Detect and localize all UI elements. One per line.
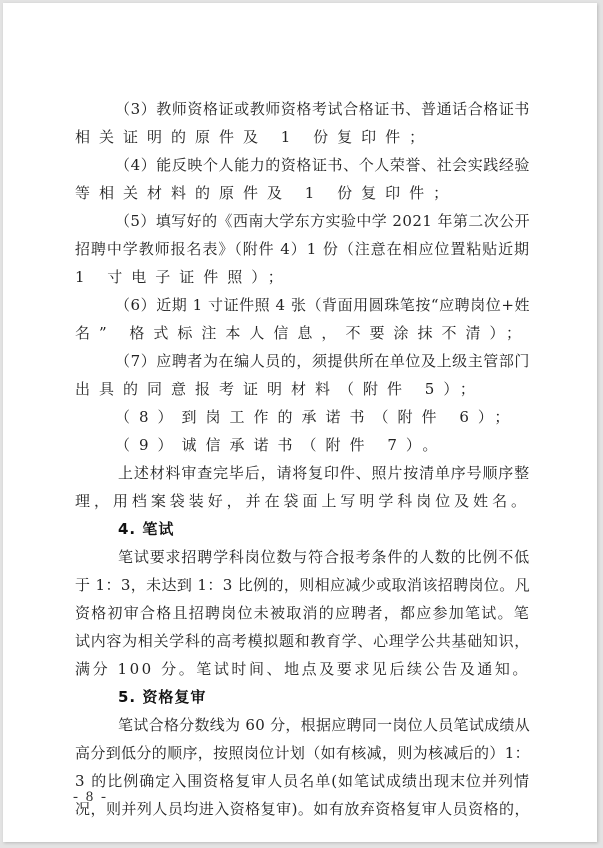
section-heading: 4. 笔试 <box>75 515 533 543</box>
list-item-line: （4）能反映个人能力的资格证书、个人荣誉、社会实践经验 <box>75 151 533 179</box>
document-page: （3）教师资格证或教师资格考试合格证书、普通话合格证书相关证明的原件及 1 份复… <box>3 3 597 842</box>
text-line: 上述材料审查完毕后，请将复印件、照片按清单序号顺序整 <box>75 459 533 487</box>
text-line: 资格初审合格且招聘岗位未被取消的应聘者，都应参加笔试。笔 <box>75 599 533 627</box>
text-line: 满分 100 分。笔试时间、地点及要求见后续公告及通知。 <box>75 655 533 683</box>
list-item-line: （5）填写好的《西南大学东方实验中学 2021 年第二次公开 <box>75 207 533 235</box>
text-line: 笔试合格分数线为 60 分，根据应聘同一岗位人员笔试成绩从 <box>75 711 533 739</box>
text-line: 招聘中学教师报名表》（附件 4）1 份（注意在相应位置粘贴近期 <box>75 235 533 263</box>
text-line: 于 1：3，未达到 1：3 比例的，则相应减少或取消该招聘岗位。凡 <box>75 571 533 599</box>
text-line: 3 的比例确定入围资格复审人员名单(如笔试成绩出现末位并列情 <box>75 767 533 795</box>
list-item-line: （6）近期 1 寸证件照 4 张（背面用圆珠笔按“应聘岗位+姓 <box>75 291 533 319</box>
list-item-line: （7）应聘者为在编人员的，须提供所在单位及上级主管部门 <box>75 347 533 375</box>
text-line: 笔试要求招聘学科岗位数与符合报考条件的人数的比例不低 <box>75 543 533 571</box>
list-item-line: （8）到岗工作的承诺书（附件 6）； <box>75 403 533 431</box>
text-line: 名” 格式标注本人信息，不要涂抹不清）； <box>75 319 533 347</box>
section-heading: 5. 资格复审 <box>75 683 533 711</box>
page-number: - 8 - <box>73 789 108 806</box>
document-body: （3）教师资格证或教师资格考试合格证书、普通话合格证书相关证明的原件及 1 份复… <box>75 95 533 823</box>
text-line: 等相关材料的原件及 1 份复印件； <box>75 179 533 207</box>
text-line: 试内容为相关学科的高考模拟题和教育学、心理学公共基础知识， <box>75 627 533 655</box>
text-line: 相关证明的原件及 1 份复印件； <box>75 123 533 151</box>
list-item-line: （9）诚信承诺书（附件 7）。 <box>75 431 533 459</box>
text-line: 高分到低分的顺序，按照岗位计划（如有核减，则为核减后的）1： <box>75 739 533 767</box>
list-item-line: （3）教师资格证或教师资格考试合格证书、普通话合格证书 <box>75 95 533 123</box>
text-line: 1 寸电子证件照）； <box>75 263 533 291</box>
text-line: 况，则并列人员均进入资格复审)。如有放弃资格复审人员资格的， <box>75 795 533 823</box>
text-line: 出具的同意报考证明材料（附件 5）； <box>75 375 533 403</box>
text-line: 理，用档案袋装好，并在袋面上写明学科岗位及姓名。 <box>75 487 533 515</box>
